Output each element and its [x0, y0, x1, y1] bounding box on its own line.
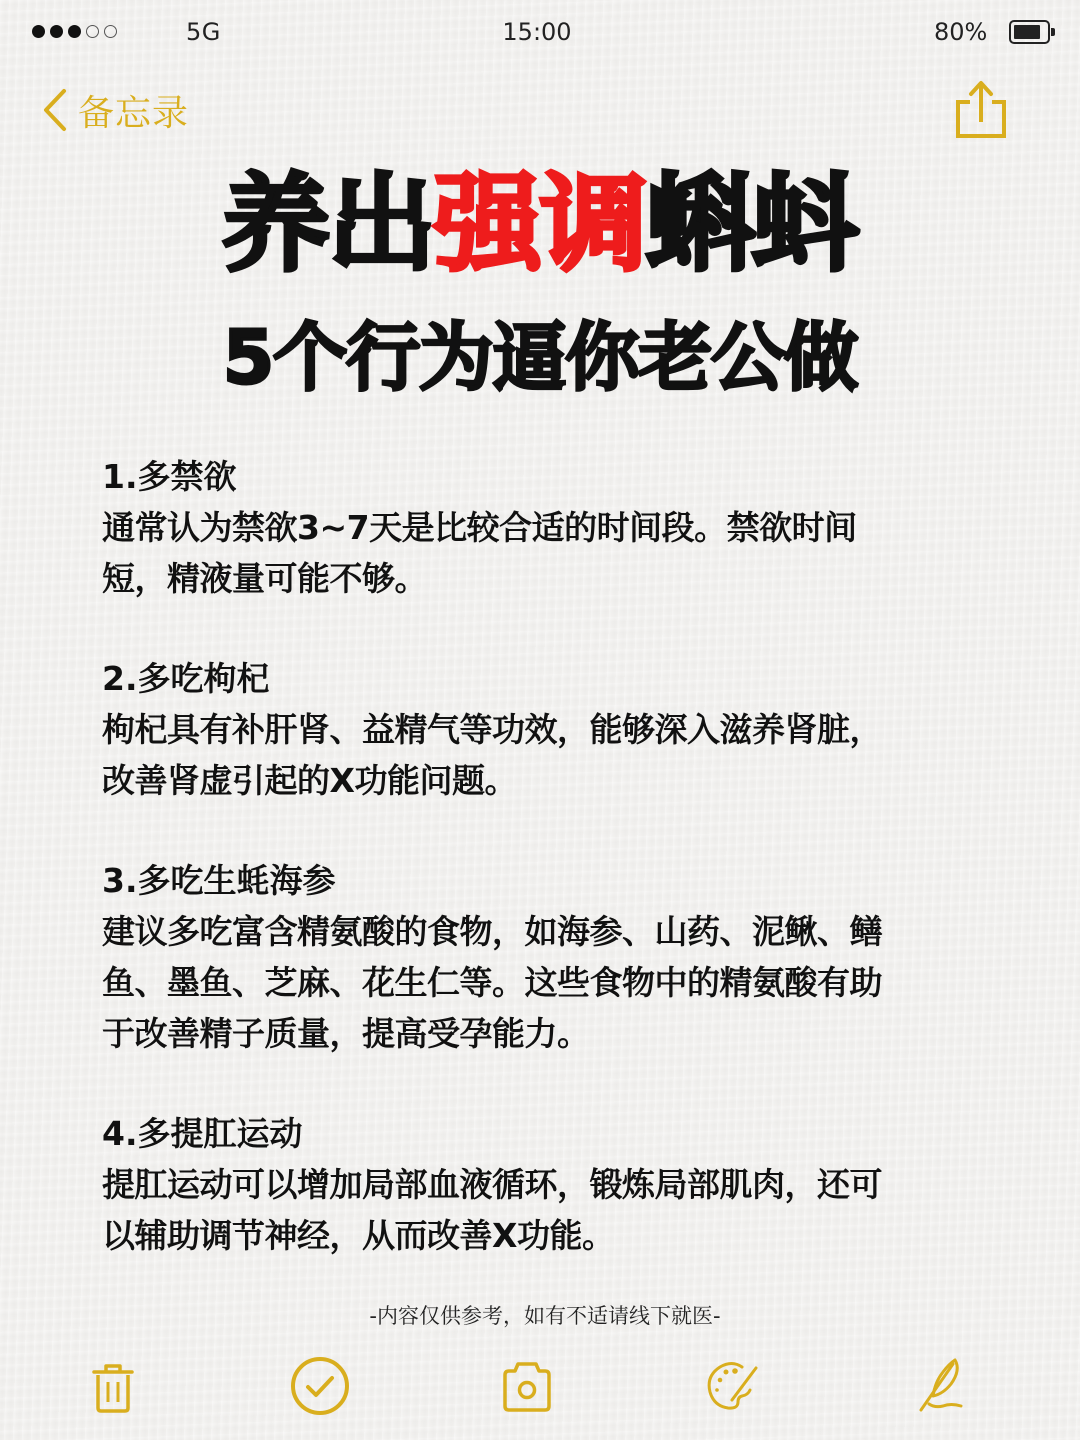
section-text: 提肛运动可以增加局部血液循环，锻炼局部肌肉，还可	[102, 1159, 992, 1210]
bottom-toolbar	[0, 1350, 1080, 1420]
section-heading: 3.多吃生蚝海参	[102, 856, 992, 906]
section-text: 通常认为禁欲3~7天是比较合适的时间段。禁欲时间	[102, 502, 992, 553]
section-heading: 4.多提肛运动	[102, 1109, 992, 1159]
section-heading: 2.多吃枸杞	[102, 654, 992, 704]
section-text: 短，精液量可能不够。	[102, 553, 992, 604]
section-text: 于改善精子质量，提高受孕能力。	[102, 1008, 992, 1059]
checklist-button[interactable]	[285, 1350, 355, 1420]
palette-icon	[698, 1350, 768, 1420]
title-accent: 强调	[434, 163, 646, 286]
markup-button[interactable]	[698, 1350, 768, 1420]
back-label: 备忘录	[78, 85, 189, 136]
share-icon	[948, 127, 1012, 146]
title-part-1: 养出	[222, 163, 434, 286]
page-subtitle: 5个行为逼你老公做	[0, 310, 1080, 406]
back-button[interactable]: 备忘录	[40, 84, 189, 136]
battery-icon	[1009, 20, 1050, 44]
section-text: 枸杞具有补肝肾、益精气等功效，能够深入滋养肾脏，	[102, 704, 992, 755]
section-text: 以辅助调节神经，从而改善X功能。	[102, 1210, 992, 1261]
camera-icon	[492, 1350, 562, 1420]
note-section-2: 2.多吃枸杞 枸杞具有补肝肾、益精气等功效，能够深入滋养肾脏， 改善肾虚引起的X…	[102, 654, 992, 806]
status-time: 15:00	[0, 18, 1074, 46]
status-bar: 5G 15:00 80%	[0, 0, 1080, 66]
compose-button[interactable]	[905, 1350, 975, 1420]
chevron-left-icon	[40, 87, 70, 133]
title-part-3: 蝌蚪	[646, 163, 858, 286]
page-title: 养出强调蝌蚪	[0, 161, 1080, 288]
note-section-4: 4.多提肛运动 提肛运动可以增加局部血液循环，锻炼局部肌肉，还可 以辅助调节神经…	[102, 1109, 992, 1261]
battery-percent: 80%	[934, 18, 987, 46]
note-body[interactable]: 1.多禁欲 通常认为禁欲3~7天是比较合适的时间段。禁欲时间 短，精液量可能不够…	[102, 452, 992, 1311]
section-text: 鱼、墨鱼、芝麻、花生仁等。这些食物中的精氨酸有助	[102, 957, 992, 1008]
section-heading: 1.多禁欲	[102, 452, 992, 502]
checkmark-circle-icon	[285, 1350, 355, 1420]
quill-pen-icon	[905, 1350, 975, 1420]
note-section-3: 3.多吃生蚝海参 建议多吃富含精氨酸的食物，如海参、山药、泥鳅、鳝 鱼、墨鱼、芝…	[102, 856, 992, 1059]
camera-button[interactable]	[492, 1350, 562, 1420]
delete-button[interactable]	[78, 1350, 148, 1420]
note-section-1: 1.多禁欲 通常认为禁欲3~7天是比较合适的时间段。禁欲时间 短，精液量可能不够…	[102, 452, 992, 604]
share-button[interactable]	[948, 78, 1012, 142]
section-text: 改善肾虚引起的X功能问题。	[102, 755, 992, 806]
section-text: 建议多吃富含精氨酸的食物，如海参、山药、泥鳅、鳝	[102, 906, 992, 957]
trash-icon	[78, 1350, 148, 1420]
battery-nub	[1051, 28, 1055, 36]
disclaimer-text: -内容仅供参考，如有不适请线下就医-	[0, 1300, 1080, 1330]
battery-level	[1014, 25, 1040, 39]
